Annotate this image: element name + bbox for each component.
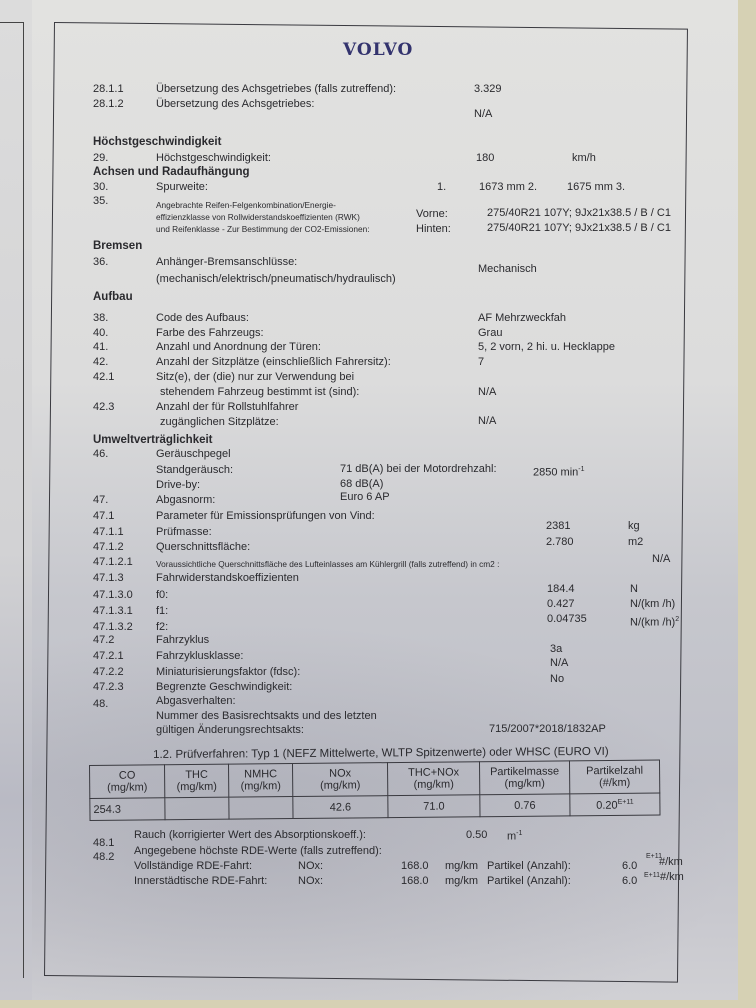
item-unit: m2 [628, 536, 643, 549]
item-label: Anzahl und Anordnung der Türen: [156, 341, 321, 354]
item-number: 42. [93, 356, 108, 369]
pollutant-name: NMHC [232, 768, 289, 781]
item-label: Spurweite: [156, 181, 208, 194]
emissions-value-cell: 0.76 [480, 794, 570, 817]
pollutant-name: CO [93, 769, 161, 782]
pollutant-unit: (mg/km) [296, 779, 384, 792]
item-label: Nummer des Basisrechtsakts und des letzt… [156, 710, 377, 723]
item-number: 47.1.3.2 [93, 621, 133, 634]
item-number: 48. [93, 698, 108, 711]
item-number: 47.2 [93, 634, 114, 647]
emissions-header-cell: THC+NOx(mg/km) [387, 762, 479, 796]
item-value: 5, 2 vorn, 2 hi. u. Hecklappe [478, 341, 615, 354]
item-number: 48.2 [93, 851, 114, 864]
pn-unit: #/km [660, 871, 684, 884]
item-number: 48.1 [93, 837, 114, 850]
item-label: Voraussichtliche Querschnittsfläche des … [156, 558, 499, 571]
pollutant-name: Partikelmasse [483, 765, 566, 778]
rear-tyre: 275/40R21 107Y; 9Jx21x38.5 / B / C1 [487, 222, 671, 235]
pollutant-unit: (mg/km) [483, 777, 566, 790]
item-number: 47.1.3 [93, 572, 124, 585]
item-label: Begrenzte Geschwindigkeit: [156, 681, 292, 694]
item-label: Anzahl der für Rollstuhlfahrer [156, 401, 298, 414]
item-value: 180 [476, 152, 494, 165]
item-number: 47.1.3.1 [93, 605, 133, 618]
item-number: 47.2.1 [93, 650, 124, 663]
item-number: 47.1 [93, 510, 114, 523]
item-number: 42.3 [93, 401, 114, 414]
section-heading-brakes: Bremsen [93, 240, 142, 252]
stationary-noise-label: Standgeräusch: [156, 464, 233, 477]
item-value: 2.780 [546, 536, 574, 549]
exponent: 2 [675, 616, 679, 623]
item-label: Abgasnorm: [156, 494, 215, 507]
exponent: -1 [578, 466, 584, 473]
pollutant-unit: (mg/km) [168, 781, 225, 794]
item-label: Parameter für Emissionsprüfungen von Vin… [156, 510, 375, 523]
front-label: Vorne: [416, 208, 448, 221]
exponent: -1 [516, 830, 522, 837]
pollutant-unit: (#/km) [573, 777, 656, 790]
pollutant-name: Partikelzahl [573, 765, 656, 778]
item-label: (mechanisch/elektrisch/pneumatisch/hydra… [156, 273, 396, 286]
track-1: 1. [437, 181, 446, 194]
emissions-header-row: CO(mg/km)THC(mg/km)NMHC(mg/km)NOx(mg/km)… [90, 760, 660, 798]
item-label: Höchstgeschwindigkeit: [156, 152, 271, 165]
pn-label: Partikel (Anzahl): [487, 860, 571, 873]
item-number: 29. [93, 152, 108, 165]
item-value: Euro 6 AP [340, 491, 390, 504]
item-number: 28.1.1 [93, 83, 124, 96]
nox-value: 168.0 [401, 875, 429, 888]
item-label: Rauch (korrigierter Wert des Absorptions… [134, 829, 366, 842]
item-value: 0.04735 [547, 613, 587, 626]
emissions-value-cell: 0.20E+11 [570, 793, 660, 816]
item-number: 35. [93, 195, 108, 208]
item-value: Grau [478, 327, 502, 340]
front-tyre: 275/40R21 107Y; 9Jx21x38.5 / B / C1 [487, 207, 671, 220]
pn-exponent: E+11 [644, 869, 660, 882]
nox-value: 168.0 [401, 860, 429, 873]
stationary-noise-value: 71 dB(A) bei der Motordrehzahl: [340, 463, 497, 476]
pollutant-name: THC [168, 769, 225, 782]
item-number: 30. [93, 181, 108, 194]
track-3: 1675 mm 3. [567, 181, 625, 194]
item-number: 47.2.2 [93, 666, 124, 679]
item-label: f0: [156, 589, 168, 602]
pollutant-unit: (mg/km) [391, 778, 476, 791]
item-value: 715/2007*2018/1832AP [489, 723, 606, 736]
item-label: Querschnittsfläche: [156, 541, 250, 554]
item-label: Übersetzung des Achsgetriebes: [156, 98, 314, 111]
item-label: zugänglichen Sitzplätze: [160, 416, 279, 429]
unit-text: m [507, 831, 516, 843]
item-value: 3a [550, 643, 562, 656]
item-number: 38. [93, 312, 108, 325]
item-label: Angegebene höchste RDE-Werte (falls zutr… [134, 845, 382, 858]
emissions-header-cell: NOx(mg/km) [292, 763, 387, 797]
item-value: 2381 [546, 520, 570, 533]
pollutant-name: NOx [296, 767, 384, 780]
item-label: Code des Aufbaus: [156, 312, 249, 325]
emissions-header-cell: THC(mg/km) [165, 764, 229, 798]
emissions-value-cell [165, 797, 229, 820]
drive-by-label: Drive-by: [156, 479, 200, 492]
item-number: 40. [93, 327, 108, 340]
item-value: 7 [478, 356, 484, 369]
item-unit: km/h [572, 152, 596, 165]
pollutant-name: THC+NOx [391, 766, 476, 779]
item-value: 3.329 [474, 83, 502, 96]
emissions-table: CO(mg/km)THC(mg/km)NMHC(mg/km)NOx(mg/km)… [89, 760, 661, 821]
item-number: 47.1.2 [93, 541, 124, 554]
nox-unit: mg/km [445, 860, 478, 873]
item-number: 47.1.1 [93, 526, 124, 539]
item-label: Miniaturisierungsfaktor (fdsc): [156, 666, 300, 679]
item-label: und Reifenklasse - Zur Bestimmung der CO… [156, 223, 370, 236]
exponent: E+11 [618, 799, 634, 806]
item-value: AF Mehrzweckfah [478, 312, 566, 325]
pollutant-unit: (mg/km) [232, 780, 289, 793]
item-value: N/A [652, 553, 670, 566]
item-value: No [550, 673, 564, 686]
section-heading-speed: Höchstgeschwindigkeit [93, 136, 221, 148]
emissions-header-cell: Partikelmasse(mg/km) [479, 761, 569, 795]
item-label: f2: [156, 621, 168, 634]
engine-speed: 2850 min-1 [533, 463, 585, 480]
item-label: Prüfmasse: [156, 526, 212, 539]
emissions-value-cell: 42.6 [293, 796, 388, 819]
section-heading-axles: Achsen und Radaufhängung [93, 166, 250, 178]
item-label: Geräuschpegel [156, 448, 231, 461]
item-number: 46. [93, 448, 108, 461]
drive-by-value: 68 dB(A) [340, 478, 383, 491]
rear-label: Hinten: [416, 223, 451, 236]
item-label: Übersetzung des Achsgetriebes (falls zut… [156, 83, 396, 96]
item-label: f1: [156, 605, 168, 618]
item-label: stehendem Fahrzeug bestimmt ist (sind): [160, 386, 359, 399]
item-value: N/A [550, 657, 568, 670]
pollutant-unit: (mg/km) [93, 781, 161, 794]
item-label: Fahrzyklus [156, 634, 209, 647]
item-label: gültigen Änderungsrechtsakts: [156, 724, 304, 737]
item-unit: m-1 [507, 827, 522, 844]
item-value: N/A [478, 415, 496, 428]
unit-text: N/(km /h) [630, 617, 675, 629]
nox-label: NOx: [298, 875, 323, 888]
section-heading-body: Aufbau [93, 291, 133, 303]
item-number: 47. [93, 494, 108, 507]
emissions-header-cell: NMHC(mg/km) [228, 764, 292, 798]
item-number: 47.2.3 [93, 681, 124, 694]
pn-value: 6.0 [622, 860, 637, 873]
item-label: Anhänger-Bremsanschlüsse: [156, 256, 297, 269]
item-label: Abgasverhalten: [156, 695, 236, 708]
item-value: N/A [478, 386, 496, 399]
item-value: N/A [474, 108, 492, 121]
volvo-logo: VOLVO [343, 40, 413, 60]
item-label: Fahrwiderstandskoeffizienten [156, 572, 299, 585]
pn-unit: #/km [659, 856, 683, 869]
item-unit: N/(km /h)2 [630, 613, 679, 630]
item-label: Sitz(e), der (die) nur zur Verwendung be… [156, 371, 354, 384]
item-value: 184.4 [547, 583, 575, 596]
item-number: 36. [93, 256, 108, 269]
item-unit: N/(km /h) [630, 598, 675, 611]
background-page-frame [0, 22, 24, 978]
item-label: Farbe des Fahrzeugs: [156, 327, 264, 340]
item-unit: N [630, 583, 638, 596]
emissions-value-cell: 71.0 [388, 795, 480, 818]
item-number: 42.1 [93, 371, 114, 384]
item-value: 0.50 [466, 829, 487, 842]
item-value: 0.427 [547, 598, 575, 611]
nox-label: NOx: [298, 860, 323, 873]
item-number: 41. [93, 341, 108, 354]
pn-label: Partikel (Anzahl): [487, 875, 571, 888]
item-label: Fahrzyklusklasse: [156, 650, 243, 663]
emissions-header-cell: Partikelzahl(#/km) [569, 760, 659, 794]
item-value: Mechanisch [478, 263, 537, 276]
nox-unit: mg/km [445, 875, 478, 888]
emissions-value-cell [229, 797, 293, 820]
section-heading-environment: Umweltverträglichkeit [93, 434, 213, 446]
background-page [0, 0, 33, 1000]
item-label: Anzahl der Sitzplätze (einschließlich Fa… [156, 356, 391, 369]
item-number: 47.1.3.0 [93, 589, 133, 602]
rde-label: Innerstädtische RDE-Fahrt: [134, 875, 267, 888]
engine-speed-value: 2850 min [533, 467, 578, 479]
item-number: 47.1.2.1 [93, 556, 133, 569]
emissions-value-cell: 254.3 [90, 798, 165, 821]
pn-value: 6.0 [622, 875, 637, 888]
item-number: 28.1.2 [93, 98, 124, 111]
track-2: 1673 mm 2. [479, 181, 537, 194]
item-unit: kg [628, 520, 640, 533]
rde-label: Vollständige RDE-Fahrt: [134, 860, 252, 873]
emissions-header-cell: CO(mg/km) [90, 765, 165, 799]
